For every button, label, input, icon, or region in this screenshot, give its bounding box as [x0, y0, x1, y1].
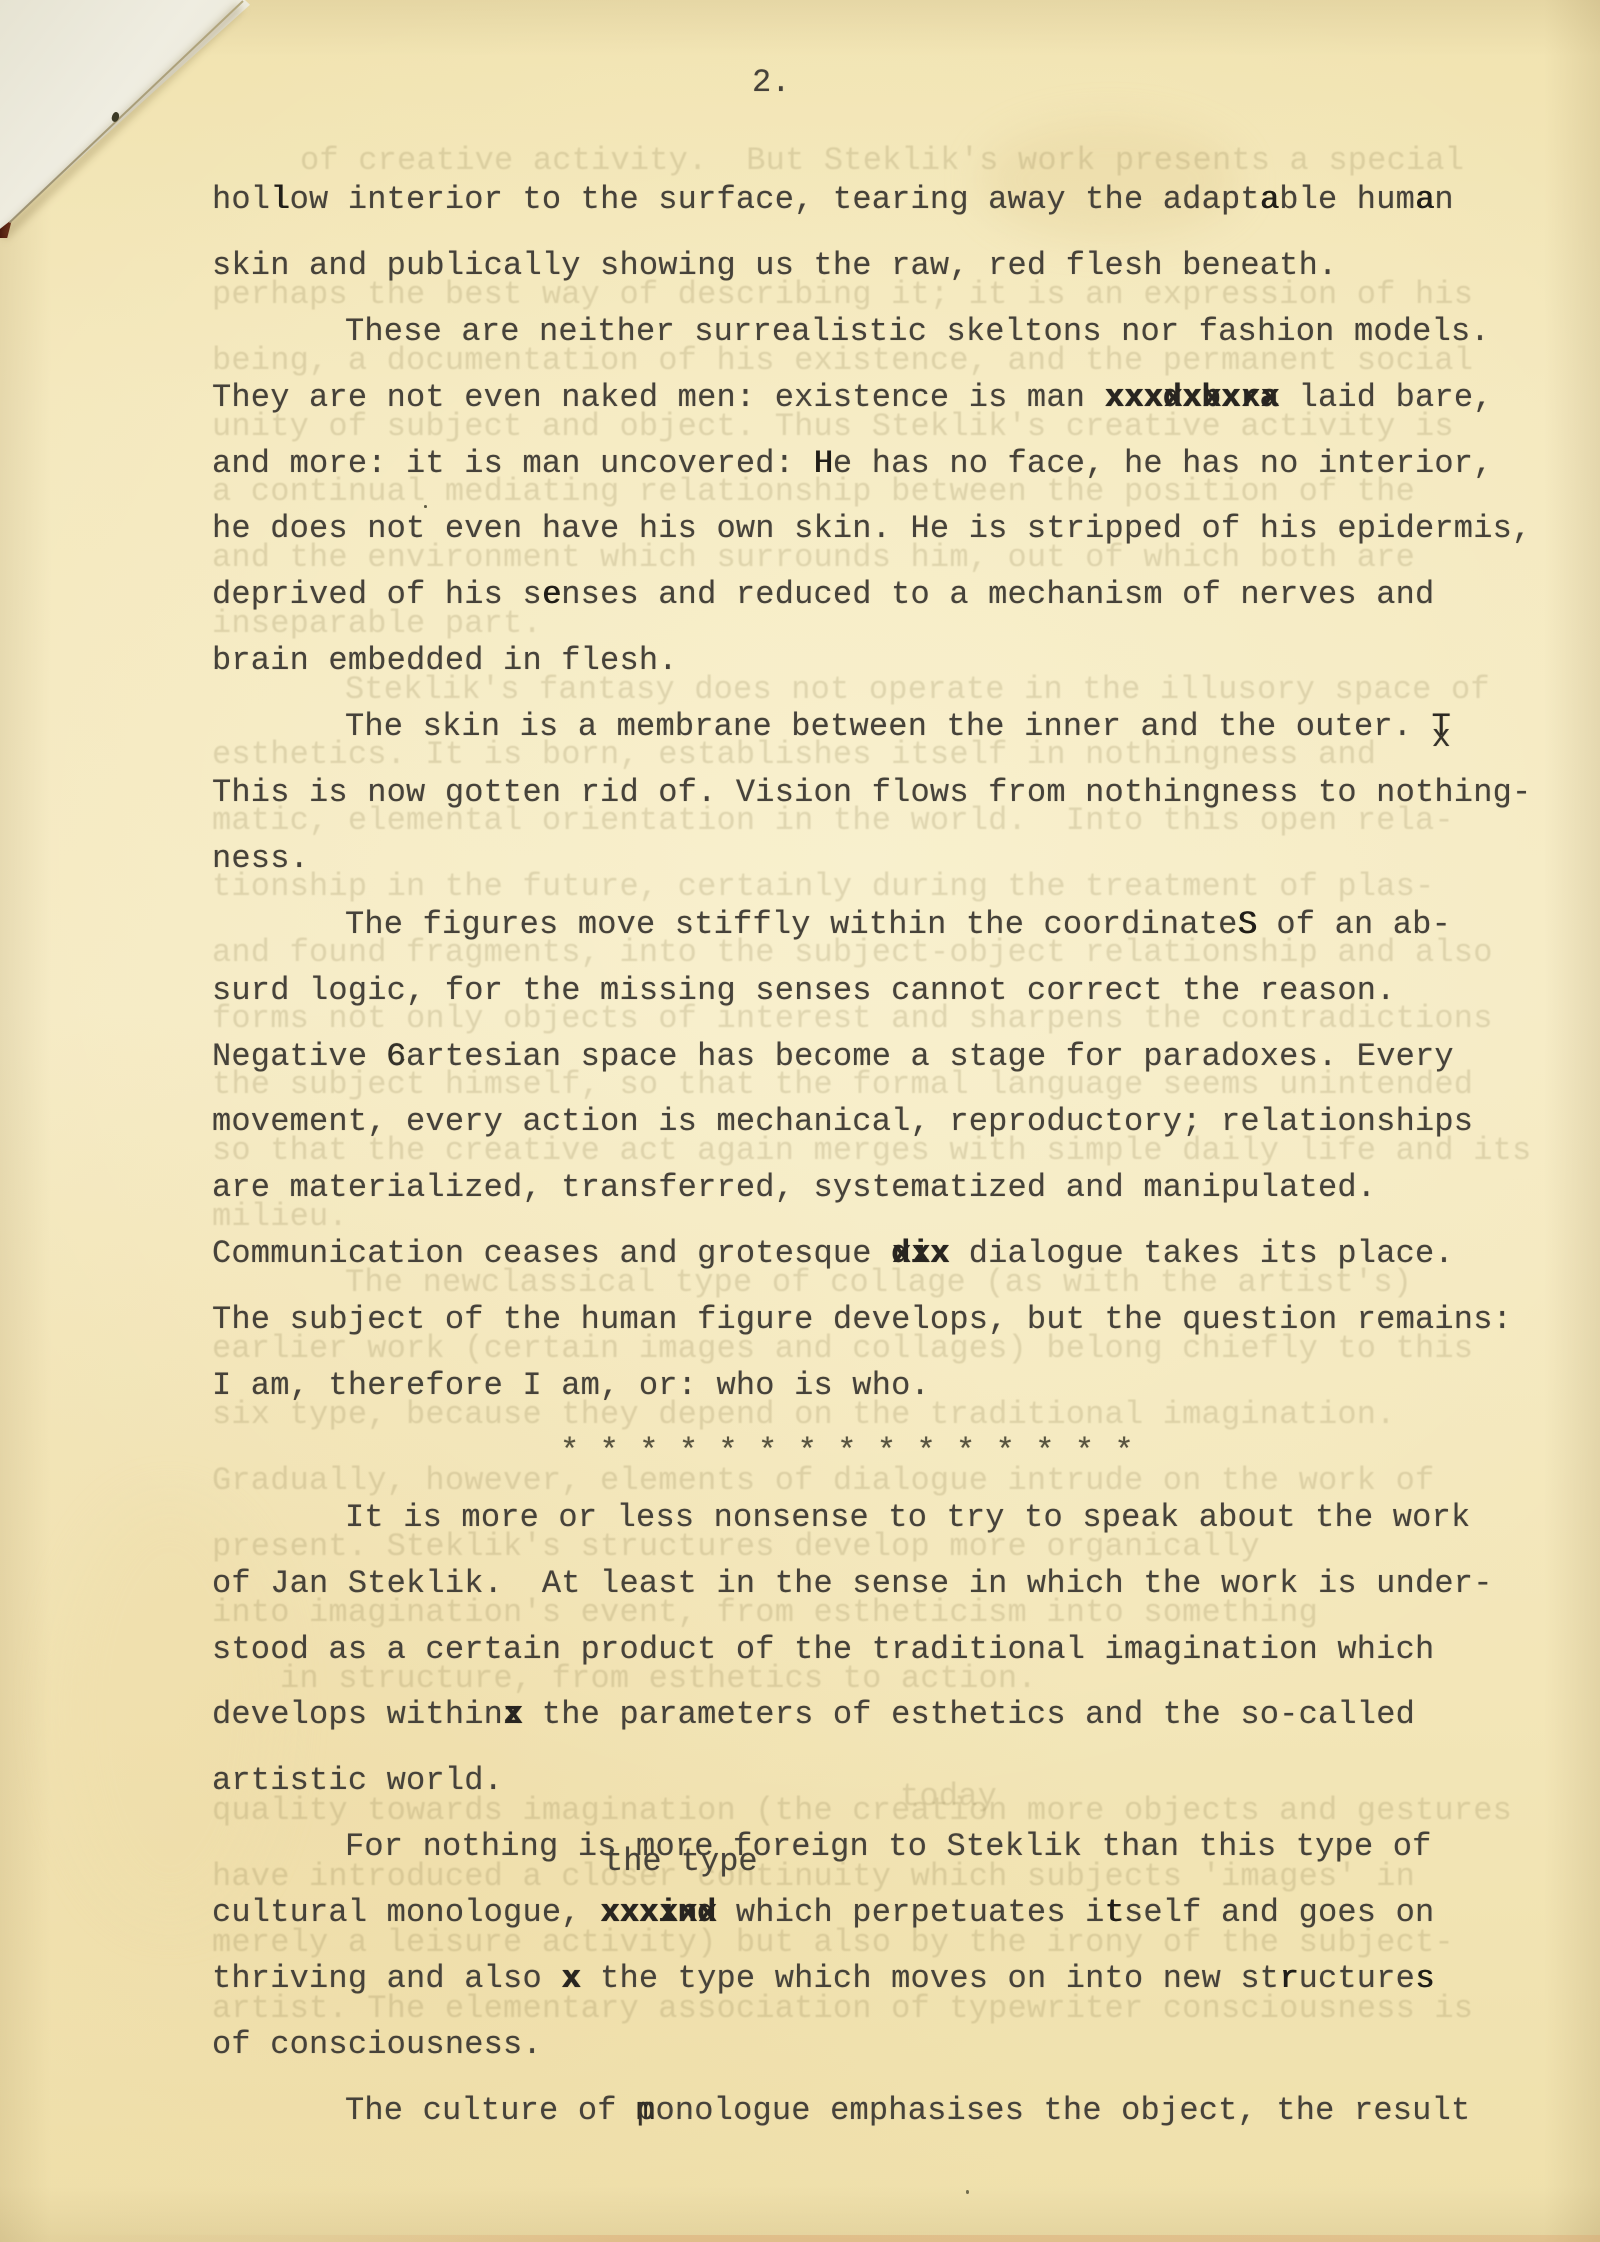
typescript-line: of Jan Steklik. At least in the sense in…: [212, 1551, 1531, 1617]
typed-text: For nothing is more foreign to Steklik t…: [345, 1828, 1432, 1865]
ink-speck: [966, 2190, 969, 2194]
typescript-line: Communication ceases and grotesque dixxx…: [212, 1221, 1531, 1287]
typescript-line: stood as a certain product of the tradit…: [212, 1617, 1531, 1683]
typed-text: thriving and also: [212, 1960, 561, 1997]
struck-out-text: dixxxx: [891, 1221, 949, 1287]
typed-text: These are neither surrealistic skeltons …: [345, 313, 1490, 350]
typescript-line: Negative C6artesian space has become a s…: [212, 1024, 1531, 1090]
typed-text: I am, therefore I am, or: who is who.: [212, 1367, 930, 1404]
typed-text: self and goes on: [1124, 1894, 1434, 1931]
typed-text: of consciousness.: [212, 2026, 542, 2063]
typescript-line: cultural monologue, xxxindxxxxxx which p…: [212, 1880, 1531, 1946]
typescript-line: hollow interior to the surface, tearing …: [212, 167, 1531, 233]
page-number: 2.: [752, 64, 790, 101]
typed-text: The skin is a membrane between the inner…: [345, 708, 1432, 745]
typed-text: Negative: [212, 1038, 387, 1075]
typed-text: ness.: [212, 840, 309, 877]
typed-text: They are not even naked men: existence i…: [212, 379, 1105, 416]
typescript-line: he does not even have his own skin. He i…: [212, 496, 1531, 562]
typed-text: * * * * * * * * * * * * * * *: [560, 1433, 1134, 1470]
double-struck-character: mp: [636, 2078, 655, 2144]
typescript-line: The skin is a membrane between the inner…: [212, 694, 1531, 760]
typescript-line: and more: it is man uncovered: He has no…: [212, 431, 1531, 497]
overtyped-character: a: [1415, 181, 1434, 218]
typescript-line: skin and publically showing us the raw, …: [212, 233, 1531, 299]
typescript-line: The subject of the human figure develops…: [212, 1287, 1531, 1353]
asterisk-divider: * * * * * * * * * * * * * * *: [212, 1419, 1531, 1485]
typed-text: he does not even have his own skin. He i…: [212, 510, 1531, 547]
overtyped-character: r: [1279, 1960, 1298, 1997]
typed-text: skin and publically showing us the raw, …: [212, 247, 1337, 284]
typed-text: develops within: [212, 1696, 503, 1733]
typescript-line: For nothing is more foreign to Steklik t…: [212, 1814, 1531, 1880]
typescript-line: thriving and also xx the type which move…: [212, 1946, 1531, 2012]
double-struck-character: C6: [387, 1024, 406, 1090]
typescript-line: The culture of mponologue emphasises the…: [212, 2078, 1531, 2144]
typed-text: stood as a certain product of the tradit…: [212, 1631, 1434, 1668]
typescript-line: This is now gotten rid of. Vision flows …: [212, 760, 1531, 826]
typed-text: ble hum: [1279, 181, 1415, 218]
typescript-line: These are neither surrealistic skeltons …: [212, 299, 1531, 365]
typed-text: artistic world.: [212, 1762, 503, 1799]
typed-text: This is now gotten rid of. Vision flows …: [212, 774, 1531, 811]
typed-text: which perpetuates i: [716, 1894, 1104, 1931]
overtyped-character: l: [270, 181, 289, 218]
overtyped-character: S: [1238, 906, 1257, 943]
typed-text: surd logic, for the missing senses canno…: [212, 972, 1396, 1009]
typed-text: Communication ceases and grotesque: [212, 1235, 891, 1272]
typed-text: ucture: [1299, 1960, 1415, 1997]
overtyped-character: t: [1105, 1894, 1124, 1931]
struck-out-text: xxxdxbxraxxxxxxxxx: [1105, 365, 1280, 431]
page-bottom-edge: [0, 2235, 1600, 2242]
typescript-line: surd logic, for the missing senses canno…: [212, 958, 1531, 1024]
typed-text: the type which moves on into new st: [581, 1960, 1280, 1997]
typed-text: It is more or less nonsense to try to sp…: [345, 1499, 1470, 1536]
typescript-line: artistic world.: [212, 1748, 1531, 1814]
typed-text: nses and reduced to a mechanism of nerve…: [561, 576, 1434, 613]
typed-text: The subject of the human figure develops…: [212, 1301, 1512, 1338]
typed-text: laid bare,: [1279, 379, 1492, 416]
typed-text: The figures move stiffly within the coor…: [345, 906, 1238, 943]
typescript-line: are materialized, transferred, systemati…: [212, 1155, 1531, 1221]
typed-text: onologue emphasises the object, the resu…: [655, 2092, 1470, 2129]
overtyped-character: a: [1260, 181, 1279, 218]
typescript-line: deprived of his senses and reduced to a …: [212, 562, 1531, 628]
overtyped-character: H: [814, 445, 833, 482]
typed-text: the parameters of esthetics and the so-c…: [522, 1696, 1415, 1733]
typed-text: ow interior to the surface, tearing away…: [290, 181, 1260, 218]
typescript-line: ness.: [212, 826, 1531, 892]
typed-text: e has no face, he has no interior,: [833, 445, 1493, 482]
scanned-typewritten-page: of creative activity. But Steklik's work…: [0, 0, 1600, 2242]
typescript-line: I am, therefore I am, or: who is who.: [212, 1353, 1531, 1419]
typed-text: artesian space has become a stage for pa…: [406, 1038, 1454, 1075]
typescript-line: brain embedded in flesh.: [212, 628, 1531, 694]
typescript-body: hollow interior to the surface, tearing …: [212, 167, 1531, 2144]
typed-text: are materialized, transferred, systemati…: [212, 1169, 1376, 1206]
overtyped-character: e: [542, 576, 561, 613]
typescript-line: They are not even naked men: existence i…: [212, 365, 1531, 431]
typed-text: n: [1434, 181, 1453, 218]
typed-text: brain embedded in flesh.: [212, 642, 678, 679]
typed-text: movement, every action is mechanical, re…: [212, 1103, 1473, 1140]
struck-out-text: xxxindxxxxxx: [600, 1880, 716, 1946]
struck-out-text: xx: [561, 1946, 580, 2012]
typed-text: hol: [212, 181, 270, 218]
typed-text: of Jan Steklik. At least in the sense in…: [212, 1565, 1493, 1602]
interline-insertion: the type: [604, 1843, 758, 1880]
typed-text: deprived of his s: [212, 576, 542, 613]
typescript-line: develops withinzx the parameters of esth…: [212, 1682, 1531, 1748]
typescript-line: It is more or less nonsense to try to sp…: [212, 1485, 1531, 1551]
typescript-line: of consciousness.: [212, 2012, 1531, 2078]
typescript-line: The figures move stiffly within the coor…: [212, 892, 1531, 958]
typed-text: cultural monologue,: [212, 1894, 600, 1931]
typescript-line: movement, every action is mechanical, re…: [212, 1089, 1531, 1155]
typed-text: of an ab-: [1257, 906, 1451, 943]
overtyped-character: s: [1415, 1960, 1434, 1997]
struck-out-text: zx: [503, 1682, 522, 1748]
typed-text: The culture of: [345, 2092, 636, 2129]
typed-text: and more: it is man uncovered:: [212, 445, 814, 482]
double-struck-character: Tx: [1432, 694, 1451, 760]
typed-text: dialogue takes its place.: [949, 1235, 1453, 1272]
